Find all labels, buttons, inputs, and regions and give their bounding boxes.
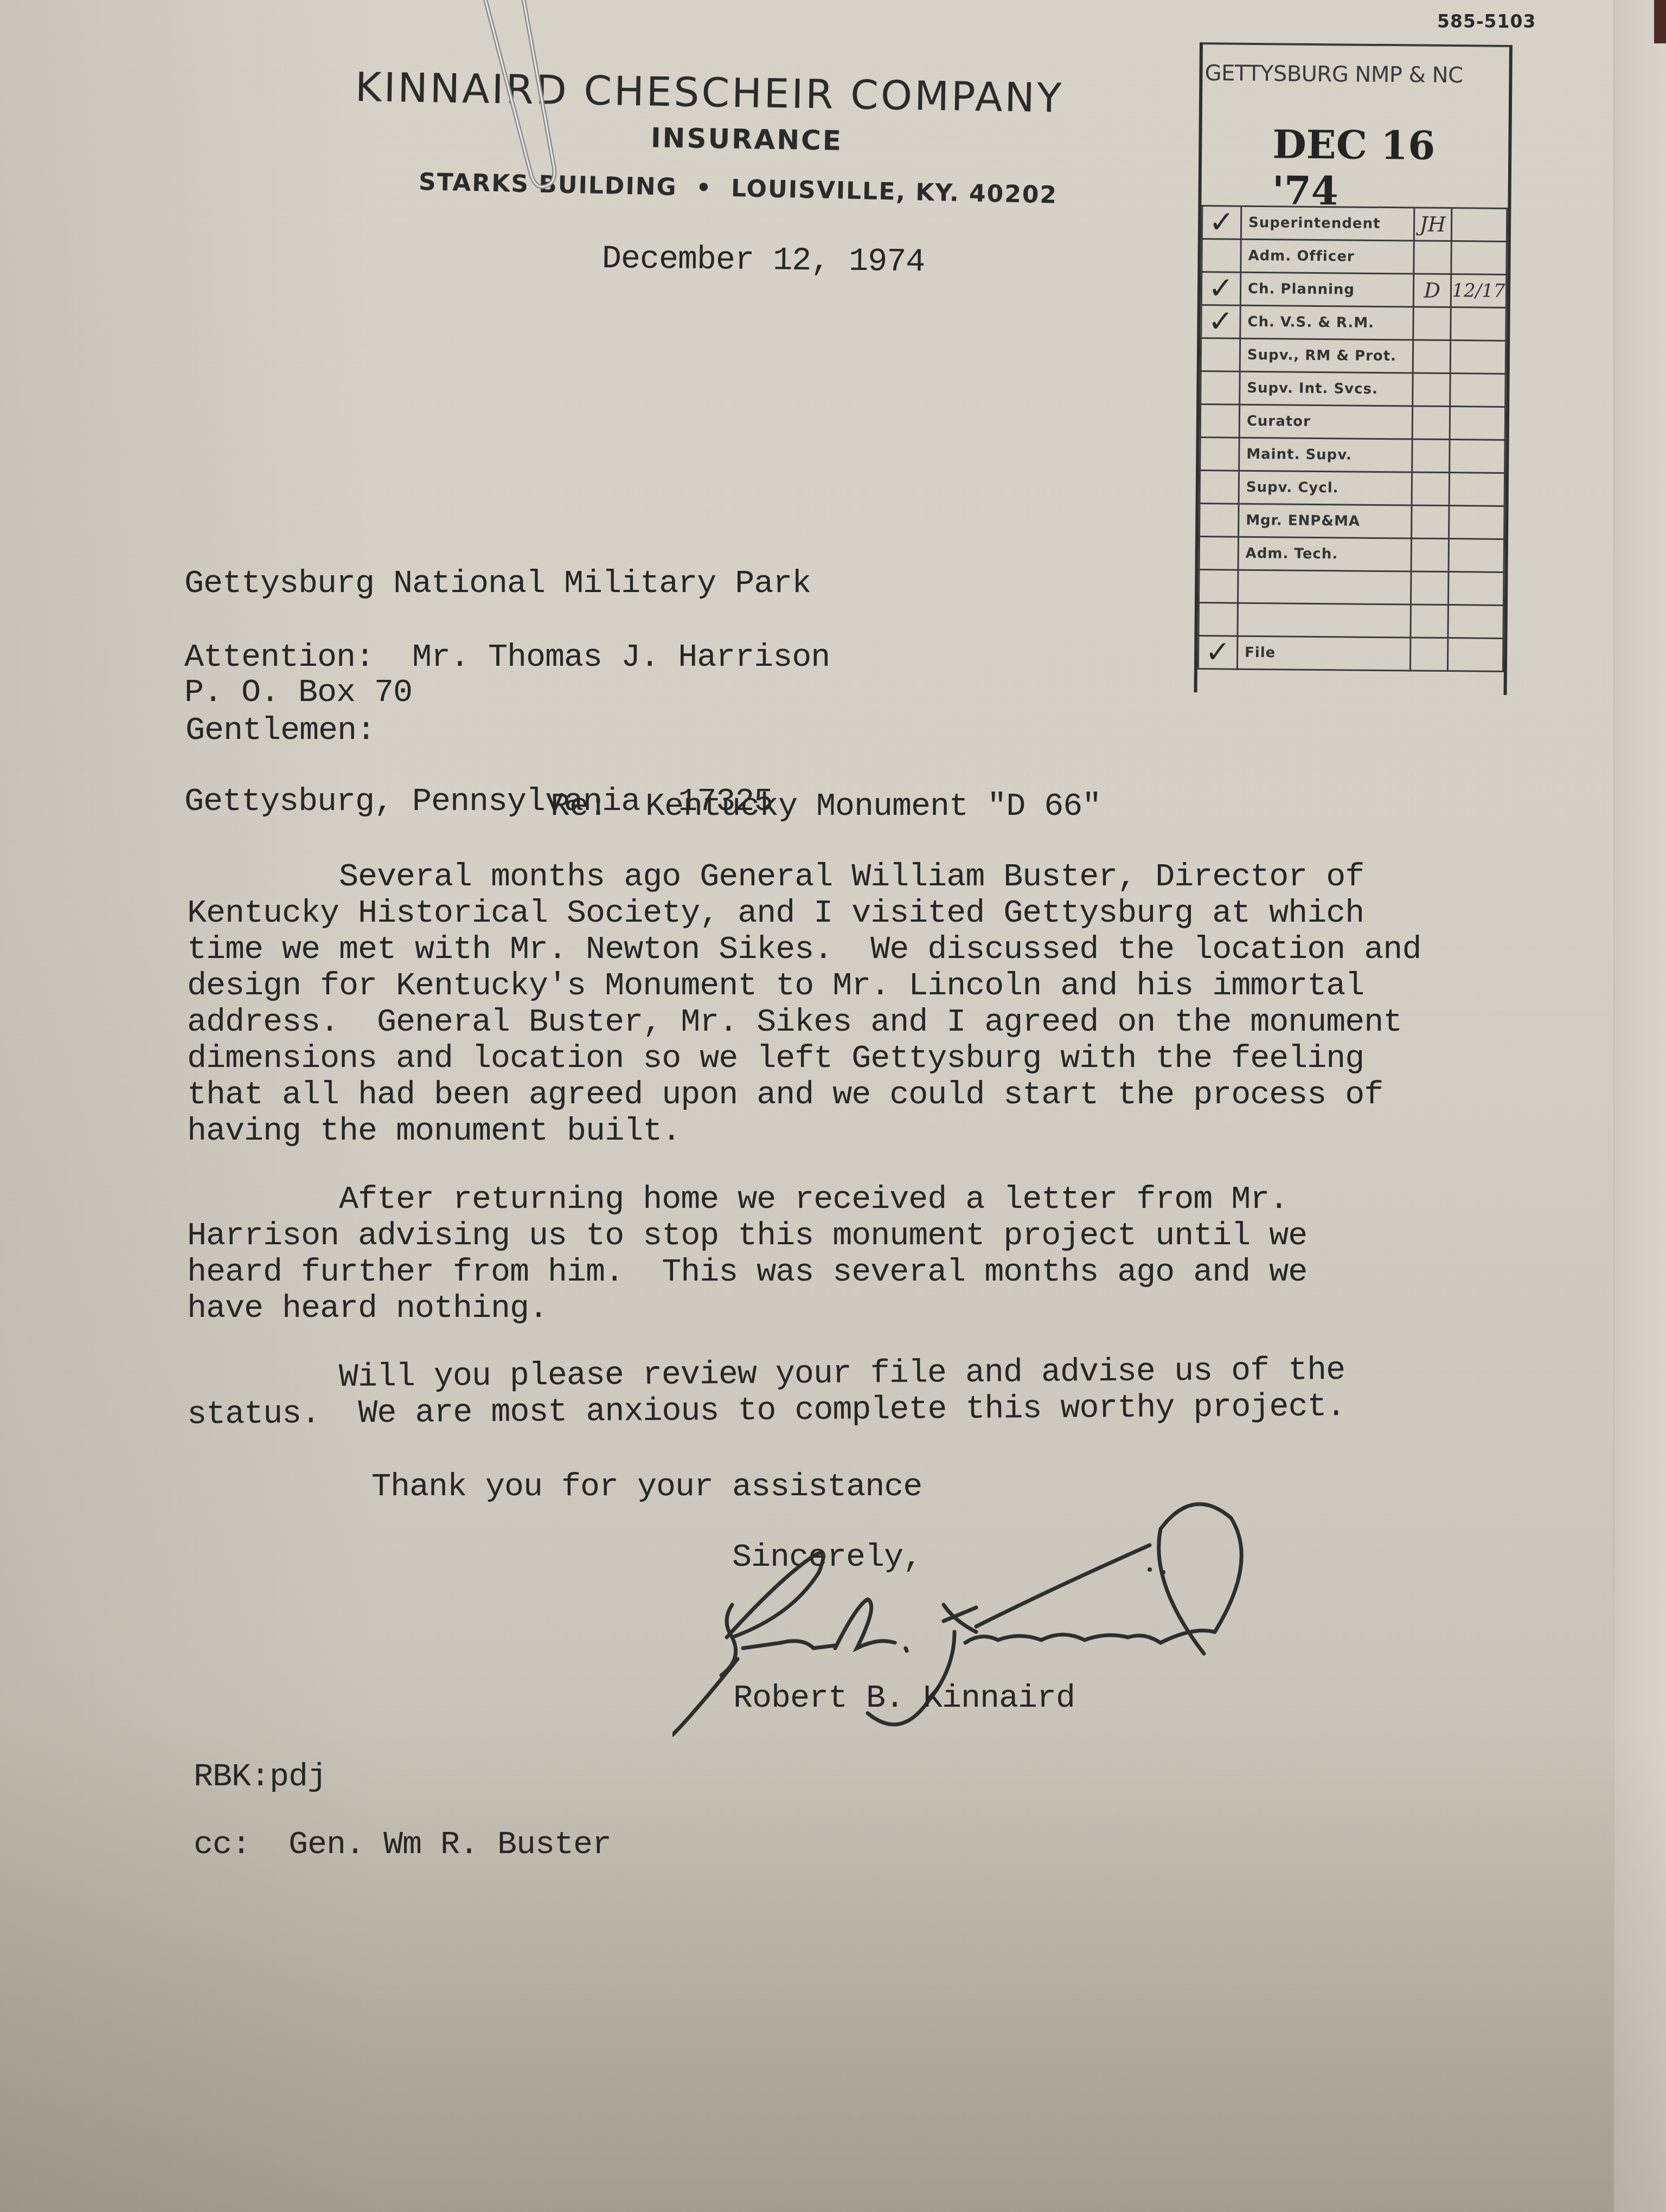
background-edge [1654, 0, 1666, 43]
paragraph-line: Harrison advising us to stop this monume… [187, 1218, 1307, 1255]
routing-check-mark [1200, 404, 1239, 438]
routing-date [1450, 307, 1506, 341]
routing-check-mark [1200, 438, 1239, 471]
routing-initials [1411, 505, 1449, 539]
routing-row [1199, 570, 1504, 606]
routing-label: Ch. V.S. & R.M. [1240, 305, 1413, 340]
routing-row: Adm. Tech. [1199, 537, 1504, 573]
routing-check-mark [1201, 371, 1240, 405]
routing-date [1448, 605, 1504, 639]
cc-line: cc: Gen. Wm R. Buster [194, 1827, 611, 1863]
letter-date: December 12, 1974 [602, 241, 925, 281]
routing-label [1238, 603, 1411, 638]
routing-initials [1411, 571, 1448, 605]
paragraph-line: having the monument built. [187, 1114, 1421, 1150]
signer-name: Robert B. Kinnaird [733, 1681, 1075, 1717]
letterhead-phone: 585-5103 [1437, 11, 1536, 32]
routing-date [1449, 539, 1504, 573]
body-paragraph-2: After returning home we received a lette… [187, 1182, 1307, 1327]
routing-initials [1412, 406, 1450, 440]
routing-row: ✓Ch. V.S. & R.M. [1201, 305, 1507, 341]
routing-row: ✓Ch. PlanningD12/17 [1201, 272, 1507, 308]
routing-stamp: GETTYSBURG NMP & NC DEC 16 '74 ✓Superint… [1194, 42, 1513, 695]
routing-date [1448, 572, 1504, 606]
routing-date [1451, 208, 1507, 242]
routing-check-mark [1200, 471, 1239, 504]
routing-date [1451, 241, 1507, 275]
routing-row: Maint. Supv. [1200, 438, 1505, 473]
routing-label: Supv. Int. Svcs. [1240, 371, 1413, 406]
routing-date [1449, 506, 1504, 539]
routing-check-mark [1199, 537, 1238, 570]
routing-row: Supv., RM & Prot. [1201, 338, 1506, 374]
routing-row [1199, 603, 1504, 639]
salutation: Gentlemen: [185, 713, 375, 749]
body-paragraph-3: Will you please review your file and adv… [187, 1353, 1345, 1433]
routing-row: ✓SuperintendentJH [1202, 206, 1507, 242]
routing-check-mark: ✓ [1202, 206, 1241, 240]
paragraph-line: that all had been agreed upon and we cou… [187, 1077, 1421, 1114]
paragraph-line: status. We are most anxious to complete … [187, 1389, 1345, 1433]
routing-date [1447, 638, 1503, 672]
routing-check-mark [1200, 504, 1239, 537]
routing-row: Curator [1200, 404, 1505, 440]
routing-date [1449, 440, 1505, 473]
paper-shadow-bottom [0, 1724, 1666, 2212]
routing-initials: D [1413, 274, 1451, 307]
attention-line: Attention: Mr. Thomas J. Harrison [184, 640, 830, 676]
letterhead-insurance: INSURANCE [651, 122, 843, 157]
paragraph-line: Kentucky Historical Society, and I visit… [187, 896, 1421, 932]
recipient-line: P. O. Box 70 [184, 675, 811, 711]
routing-check-mark: ✓ [1201, 305, 1240, 339]
reference-initials: RBK:pdj [194, 1759, 326, 1796]
routing-stamp-title: GETTYSBURG NMP & NC [1204, 61, 1463, 88]
routing-date [1449, 473, 1505, 506]
routing-label: Maint. Supv. [1239, 438, 1412, 472]
routing-table: ✓SuperintendentJHAdm. Officer✓Ch. Planni… [1197, 205, 1508, 672]
received-date-stamp: DEC 16 '74 [1272, 121, 1508, 215]
routing-row: Mgr. ENP&MA [1200, 504, 1505, 539]
routing-label: File [1237, 636, 1410, 671]
routing-label: Ch. Planning [1240, 272, 1413, 307]
routing-label: Superintendent [1241, 206, 1414, 241]
body-paragraph-1: Several months ago General William Buste… [187, 859, 1421, 1150]
routing-initials [1411, 538, 1449, 572]
underlying-page-edge [1613, 0, 1666, 2212]
paragraph-line: heard further from him. This was several… [187, 1255, 1307, 1291]
routing-row: Adm. Officer [1202, 239, 1507, 275]
routing-date: 12/17 [1451, 274, 1507, 308]
routing-check-mark [1199, 570, 1238, 603]
paragraph-line: time we met with Mr. Newton Sikes. We di… [187, 932, 1421, 968]
routing-label [1238, 570, 1411, 605]
paragraph-line: dimensions and location so we left Getty… [187, 1041, 1421, 1077]
routing-check-mark [1199, 603, 1238, 636]
paragraph-line: design for Kentucky's Monument to Mr. Li… [187, 968, 1421, 1005]
paper-clip-icon [472, 0, 591, 195]
routing-initials [1410, 638, 1447, 671]
routing-initials [1412, 439, 1449, 473]
routing-check-mark: ✓ [1198, 636, 1237, 670]
routing-date [1450, 407, 1505, 440]
routing-label: Supv., RM & Prot. [1240, 338, 1413, 373]
routing-initials: JH [1414, 208, 1451, 241]
routing-label: Mgr. ENP&MA [1238, 504, 1411, 538]
routing-date [1450, 340, 1506, 374]
routing-row: Supv. Int. Svcs. [1201, 371, 1506, 407]
routing-row: ✓File [1198, 636, 1503, 672]
routing-initials [1411, 605, 1448, 638]
letterhead-company-name: KINNAIRD CHESCHEIR COMPANY [355, 64, 1063, 122]
routing-label: Adm. Officer [1241, 239, 1414, 274]
routing-check-mark: ✓ [1201, 272, 1240, 306]
paragraph-line: Several months ago General William Buste… [187, 859, 1421, 896]
routing-label: Curator [1239, 404, 1412, 439]
routing-initials [1412, 472, 1449, 506]
routing-initials [1413, 340, 1450, 374]
routing-initials [1414, 241, 1451, 274]
paragraph-line: have heard nothing. [187, 1291, 1307, 1327]
routing-label: Supv. Cycl. [1239, 471, 1412, 505]
routing-initials [1413, 373, 1450, 407]
recipient-line: Gettysburg National Military Park [184, 566, 811, 602]
routing-date [1450, 374, 1505, 407]
routing-label: Adm. Tech. [1238, 537, 1411, 571]
routing-check-mark [1201, 338, 1240, 372]
routing-row: Supv. Cycl. [1200, 471, 1505, 506]
subject-line: Re: Kentucky Monument "D 66" [550, 789, 1101, 825]
paragraph-line: address. General Buster, Mr. Sikes and I… [187, 1005, 1421, 1041]
routing-check-mark [1202, 239, 1241, 273]
routing-initials [1413, 307, 1451, 340]
paragraph-line: After returning home we received a lette… [187, 1182, 1307, 1218]
